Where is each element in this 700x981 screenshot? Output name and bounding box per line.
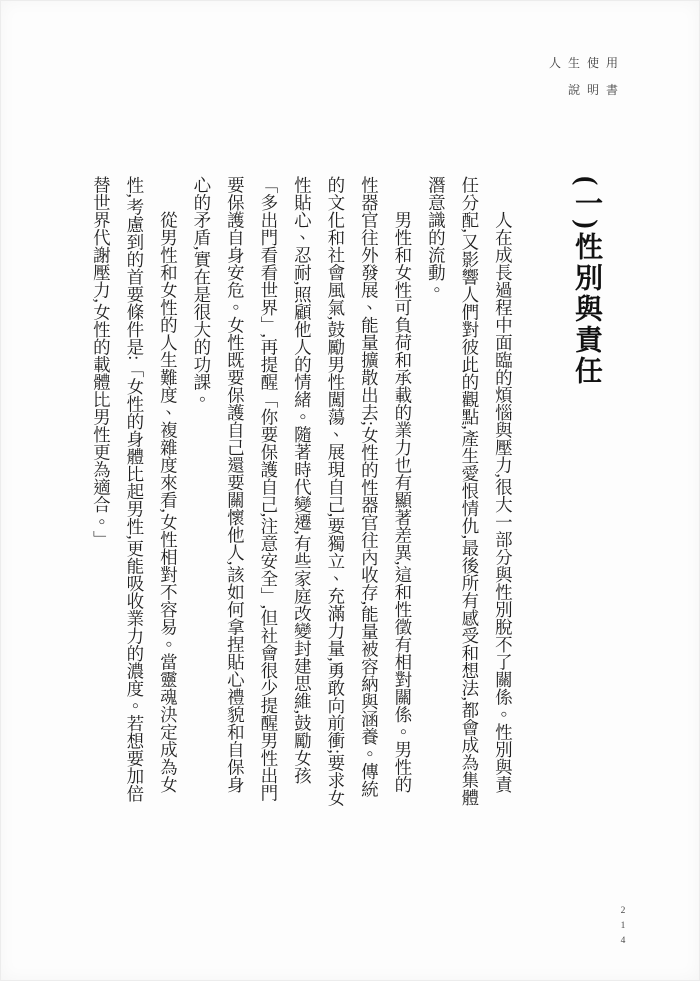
page-number: 214 — [618, 906, 628, 951]
book-title-line1: 人生使用 — [549, 54, 625, 71]
running-head: 人生使用 說明書 — [549, 54, 618, 98]
body-paragraph-1: 人在成長過程中面臨的煩惱與壓力,很大一部分與性別脫不了關係。性別與責任分配,又影… — [419, 176, 520, 810]
chapter-title: (一)性別與責任 — [565, 176, 606, 810]
body-paragraph-2: 男性和女性可負荷和承載的業力也有顯著差異,這和性徵有相對關係。男性的性器官往外發… — [184, 176, 419, 810]
body-paragraph-3: 從男性和女性的人生難度、複雜度來看,女性相對不容易。當靈魂決定成為女性,考慮到的… — [84, 176, 185, 810]
book-title-line2: 說明書 — [549, 81, 625, 98]
book-page: 人生使用 說明書 (一)性別與責任 人在成長過程中面臨的煩惱與壓力,很大一部分與… — [0, 0, 700, 981]
chapter-content: (一)性別與責任 人在成長過程中面臨的煩惱與壓力,很大一部分與性別脫不了關係。性… — [84, 176, 606, 810]
